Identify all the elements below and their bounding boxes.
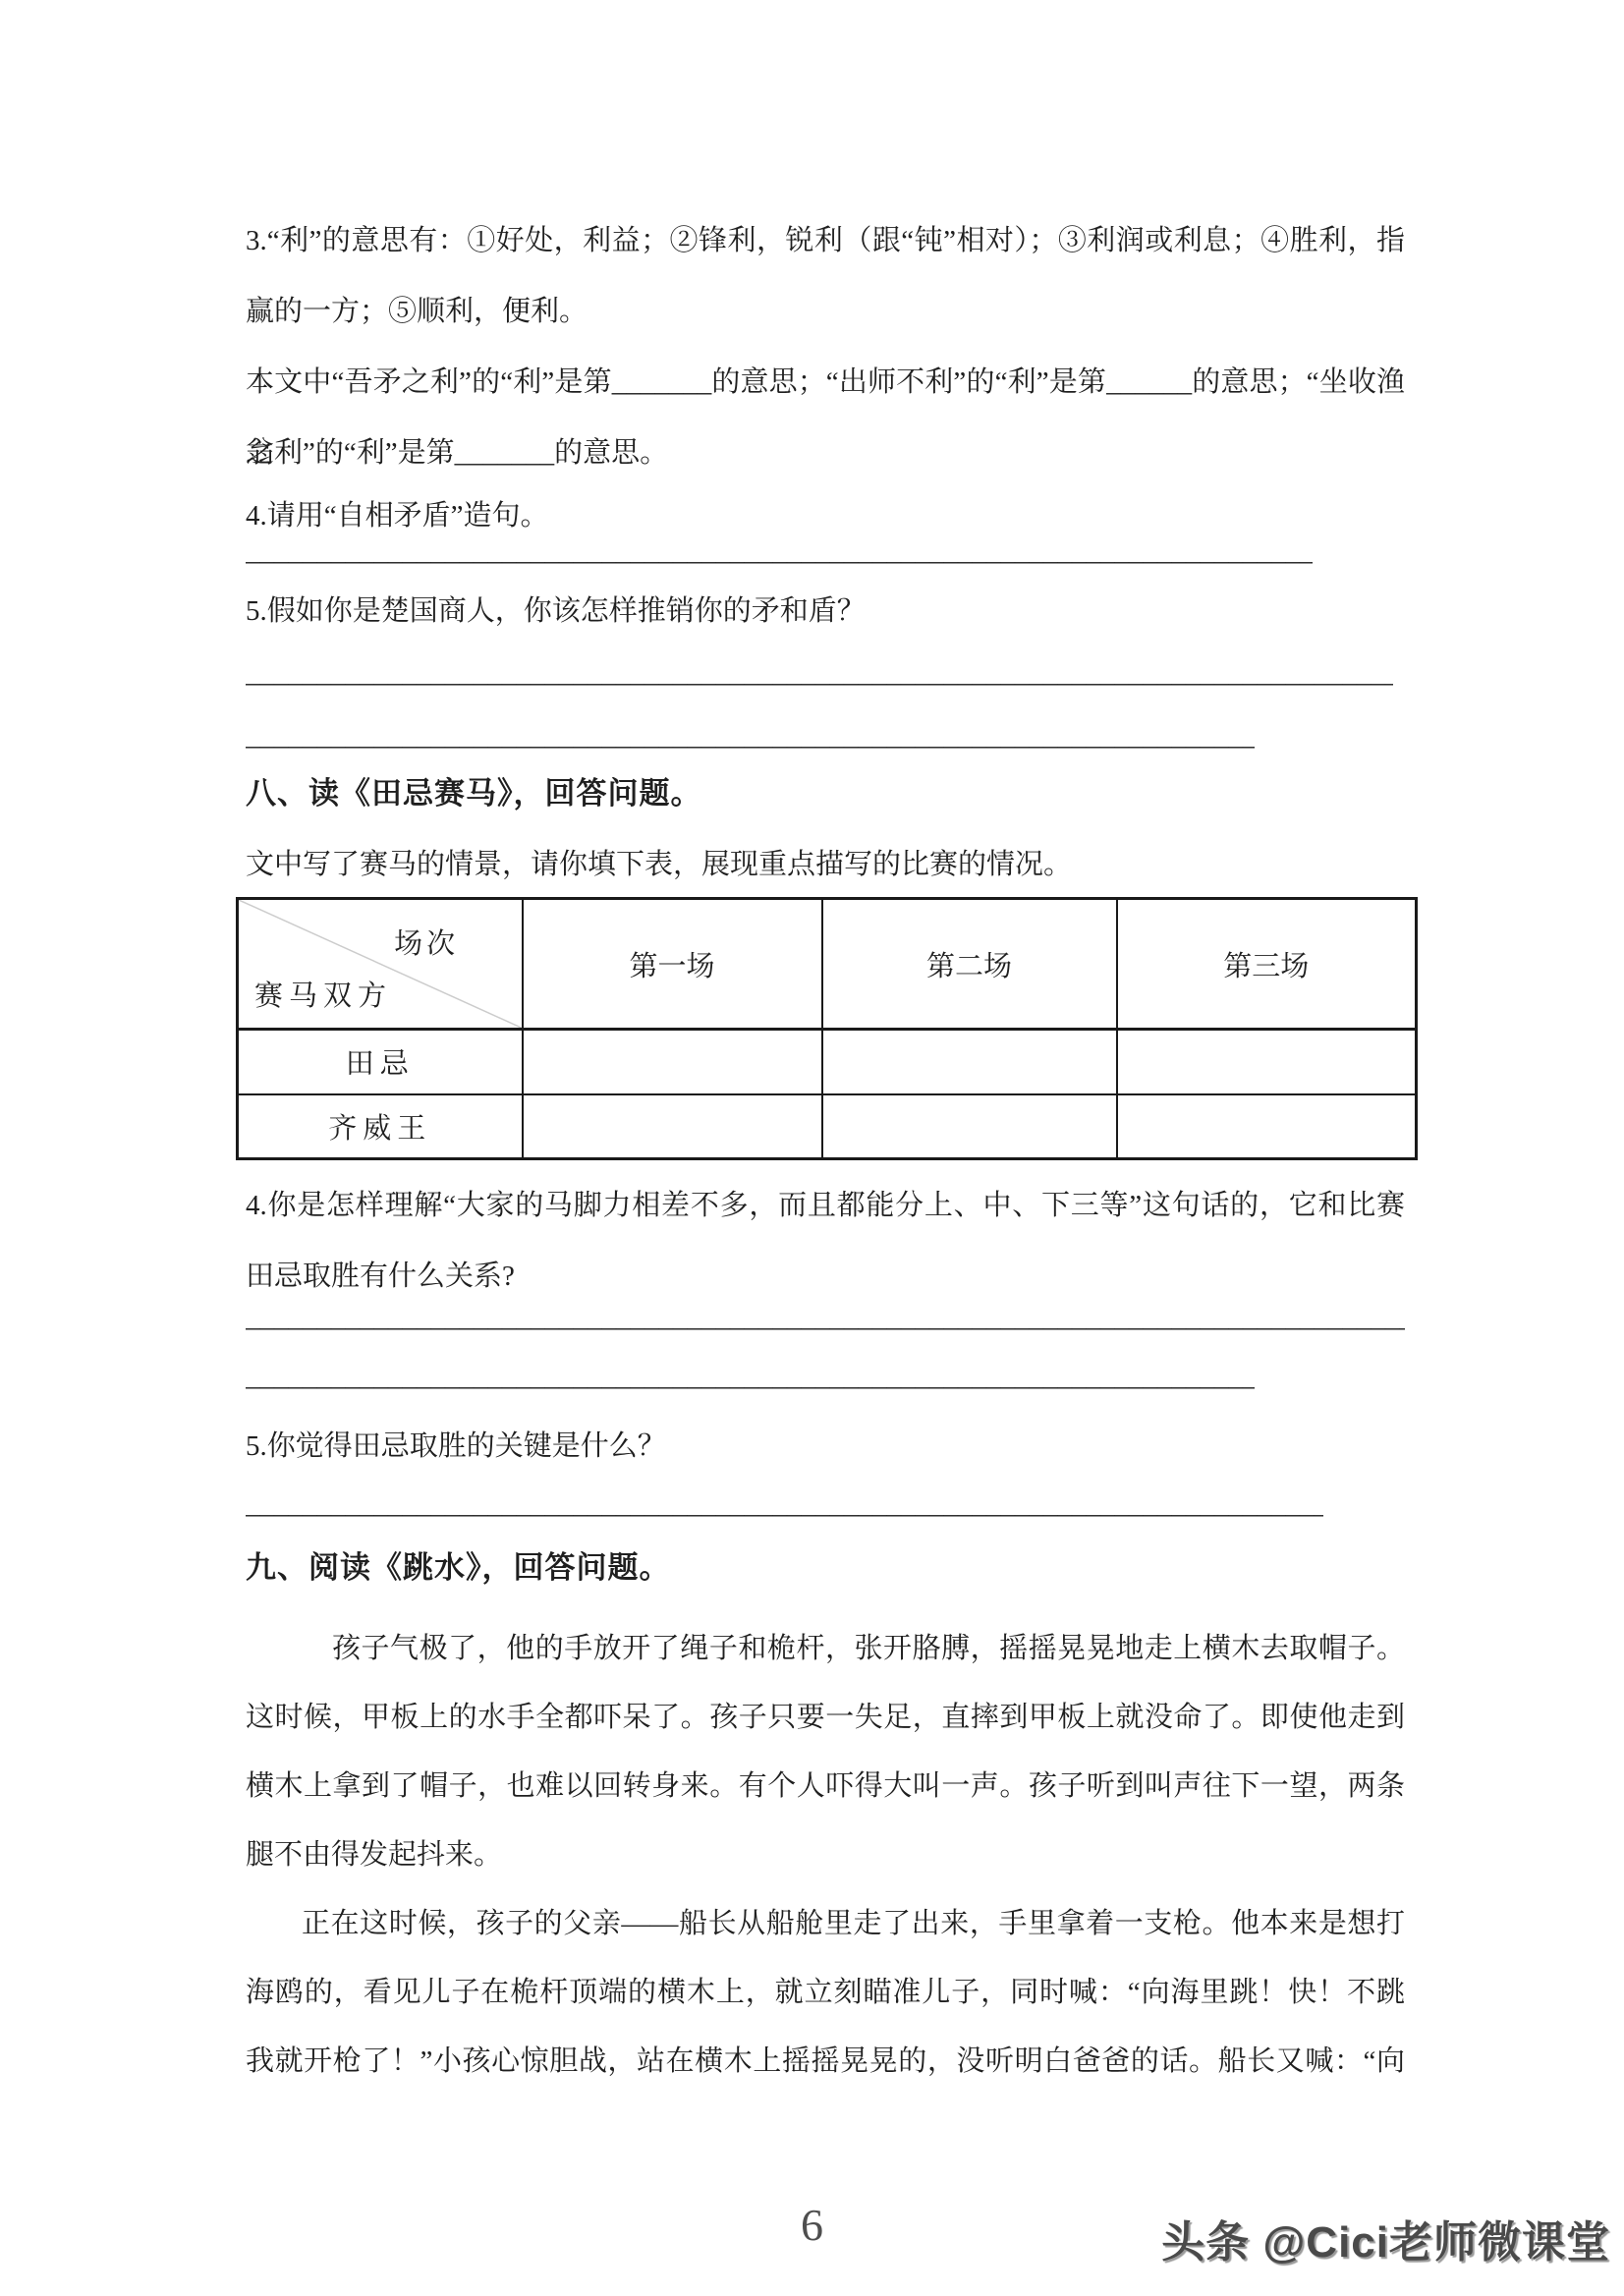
- race-table: 场次 赛马双方 第一场 第二场 第三场 田忌 齐威王: [236, 897, 1418, 1160]
- q5-merchant-question: 5.假如你是楚国商人，你该怎样推销你的矛和盾？: [246, 569, 1405, 653]
- table-cell-empty: [822, 1030, 1117, 1094]
- worksheet-content: 3.“利”的意思有：①好处，利益；②锋利，锐利（跟“钝”相对）；③利润或利息；④…: [246, 205, 1405, 2096]
- table-cell-empty: [523, 1030, 822, 1094]
- answer-blank-line: ________________________________________…: [246, 653, 1405, 691]
- passage-para1-line2: 这时候，甲板上的水手全都吓呆了。孩子只要一失足，直摔到甲板上就没命了。即使他走到: [246, 1683, 1405, 1752]
- section8-intro: 文中写了赛马的情景，请你填下表，展现重点描写的比赛的情况。: [246, 834, 1405, 895]
- blank-underscores: ________________________________________…: [246, 1486, 1323, 1522]
- column-header-round1: 第一场: [523, 899, 822, 1030]
- table-corner-cell: 场次 赛马双方: [238, 899, 523, 1030]
- answer-blank-line: ________________________________________…: [246, 543, 1405, 569]
- blank-underscores: ________________________________________…: [246, 1300, 1405, 1335]
- table-cell-empty: [822, 1094, 1117, 1159]
- q5-key-question: 5.你觉得田忌取胜的关键是什么？: [246, 1394, 1405, 1498]
- table-cell-empty: [1117, 1030, 1417, 1094]
- passage-para1-line4: 腿不由得发起抖来。: [246, 1820, 1405, 1889]
- answer-blank-line: ________________________________________…: [246, 1335, 1405, 1394]
- row-label-tianji: 田忌: [238, 1030, 523, 1094]
- blank-underscores: ________________________________________…: [246, 655, 1393, 691]
- blank-underscores: ________________________________________…: [246, 1359, 1255, 1394]
- answer-blank-line: ________________________________________…: [246, 1498, 1405, 1522]
- worksheet-page: 3.“利”的意思有：①好处，利益；②锋利，锐利（跟“钝”相对）；③利润或利息；④…: [0, 0, 1624, 2296]
- section8-heading: 八、读《田忌赛马》，回答问题。: [246, 754, 1405, 834]
- corner-label-sides: 赛马双方: [254, 974, 392, 1014]
- section9-heading: 九、阅读《跳水》，回答问题。: [246, 1522, 1405, 1614]
- blank-underscores: ________________________________________…: [246, 718, 1255, 754]
- passage-para2-line1: 正在这时候，孩子的父亲——船长从船舱里走了出来，手里拿着一支枪。他本来是想打: [246, 1889, 1405, 1958]
- table-cell-empty: [523, 1094, 822, 1159]
- column-header-round2: 第二场: [822, 899, 1117, 1030]
- q3-meaning-line2: 赢的一方；⑤顺利，便利。: [246, 276, 1405, 347]
- passage-para1-line3: 横木上拿到了帽子，也难以回转身来。有个人吓得大叫一声。孩子听到叫声往下一望，两条: [246, 1752, 1405, 1820]
- q3-fill-line2: 之利”的“利”是第_______的意思。: [246, 418, 1405, 488]
- q3-meaning-line1: 3.“利”的意思有：①好处，利益；②锋利，锐利（跟“钝”相对）；③利润或利息；④…: [246, 205, 1405, 276]
- table-row-tianji: 田忌: [238, 1030, 1417, 1094]
- column-header-round3: 第三场: [1117, 899, 1417, 1030]
- blank-underscores: ________________________________________…: [246, 533, 1313, 569]
- q3-fill-line1: 本文中“吾矛之利”的“利”是第_______的意思；“出师不利”的“利”是第__…: [246, 347, 1405, 418]
- q4-horse-question-line2: 田忌取胜有什么关系?: [246, 1251, 1405, 1302]
- row-label-qiweiwang: 齐威王: [238, 1094, 523, 1159]
- passage-para2-line3: 我就开枪了！”小孩心惊胆战，站在横木上摇摇晃晃的，没听明白爸爸的话。船长又喊：“…: [246, 2027, 1405, 2096]
- table-row-qiweiwang: 齐威王: [238, 1094, 1417, 1159]
- answer-blank-line: ________________________________________…: [246, 691, 1405, 754]
- watermark-text: 头条 @Cici老师微课堂: [1161, 2207, 1610, 2269]
- table-cell-empty: [1117, 1094, 1417, 1159]
- passage-para1-line1: 孩子气极了，他的手放开了绳子和桅杆，张开胳膊，摇摇晃晃地走上横木去取帽子。: [246, 1614, 1405, 1683]
- passage-para2-line2: 海鸥的，看见儿子在桅杆顶端的横木上，就立刻瞄准儿子，同时喊：“向海里跳！快！不跳: [246, 1958, 1405, 2027]
- q4-horse-question-line1: 4.你是怎样理解“大家的马脚力相差不多，而且都能分上、中、下三等”这句话的，它和…: [246, 1160, 1405, 1251]
- answer-blank-line: ________________________________________…: [246, 1302, 1405, 1335]
- corner-label-round: 场次: [394, 922, 459, 962]
